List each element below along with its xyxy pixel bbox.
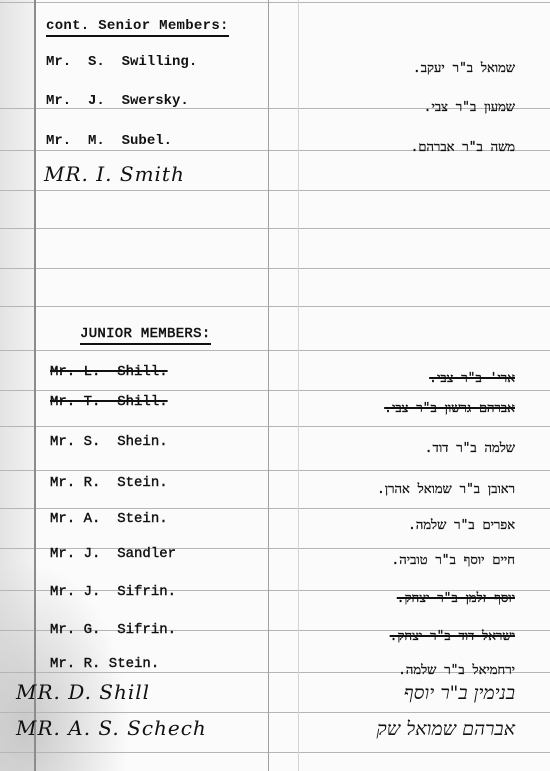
hebrew-name: אברהם שמואל שק: [377, 718, 515, 741]
margin-line: [34, 0, 36, 771]
scanned-page: cont. Senior Members: JUNIOR MEMBERS: Mr…: [0, 0, 550, 771]
hebrew-name: ארי' ב"ר צבי.: [429, 370, 515, 386]
hebrew-name: חיים יוסף ב"ר טוביה.: [391, 552, 515, 568]
member-name: MR. A. S. Schech: [16, 716, 207, 740]
member-name: Mr. T. Shill.: [50, 394, 168, 410]
ruled-line: [0, 712, 550, 713]
ruled-line: [0, 306, 550, 307]
ruled-line: [0, 390, 550, 391]
senior-members-heading: cont. Senior Members:: [46, 18, 229, 37]
hebrew-name: בנימין ב"ר יוסף: [404, 682, 515, 705]
column-divider-faint: [298, 0, 299, 771]
member-name: Mr. J. Swersky.: [46, 93, 189, 109]
member-name: Mr. J. Sifrin.: [50, 584, 176, 600]
ruled-line: [0, 190, 550, 191]
hebrew-name: אברהם גרשון ב"ר צבי.: [384, 400, 515, 416]
hebrew-name: יוסף זלמן ב"ר יצחק.: [397, 590, 515, 606]
member-name: Mr. G. Sifrin.: [50, 622, 176, 638]
hebrew-name: שלמה ב"ר דוד.: [425, 440, 515, 456]
member-name: Mr. R. Stein.: [50, 656, 159, 672]
junior-members-heading: JUNIOR MEMBERS:: [80, 326, 211, 345]
ruled-line: [0, 350, 550, 351]
ruled-line: [0, 2, 550, 3]
ruled-line: [0, 268, 550, 269]
member-name: Mr. M. Subel.: [46, 133, 172, 149]
ruled-line: [0, 470, 550, 471]
ruled-line: [0, 426, 550, 427]
hebrew-name: משה ב"ר אברהם.: [411, 139, 515, 155]
member-name: Mr. S. Swilling.: [46, 54, 197, 70]
ruled-line: [0, 508, 550, 509]
ruled-line: [0, 752, 550, 753]
hebrew-name: ישראל דוד ב"ר יצחק.: [390, 628, 515, 644]
hebrew-name: אפרים ב"ר שלמה.: [408, 517, 515, 533]
hebrew-name: שמואל ב"ר יעקב.: [413, 60, 515, 76]
ruled-line: [0, 228, 550, 229]
member-name: Mr. R. Stein.: [50, 475, 168, 491]
member-name: Mr. J. Sandler: [50, 546, 176, 562]
hebrew-name: ירחמיאל ב"ר שלמה.: [398, 662, 515, 678]
member-name: MR. D. Shill: [16, 680, 150, 704]
column-divider: [268, 0, 269, 771]
hebrew-name: ראובן ב"ר שמואל אהרן.: [377, 481, 515, 497]
hebrew-name: שמעון ב"ר צבי.: [424, 99, 515, 115]
member-name: Mr. S. Shein.: [50, 434, 168, 450]
member-name: Mr. A. Stein.: [50, 511, 168, 527]
member-name: Mr. L. Shill.: [50, 364, 168, 380]
member-name: MR. I. Smith: [44, 162, 185, 186]
